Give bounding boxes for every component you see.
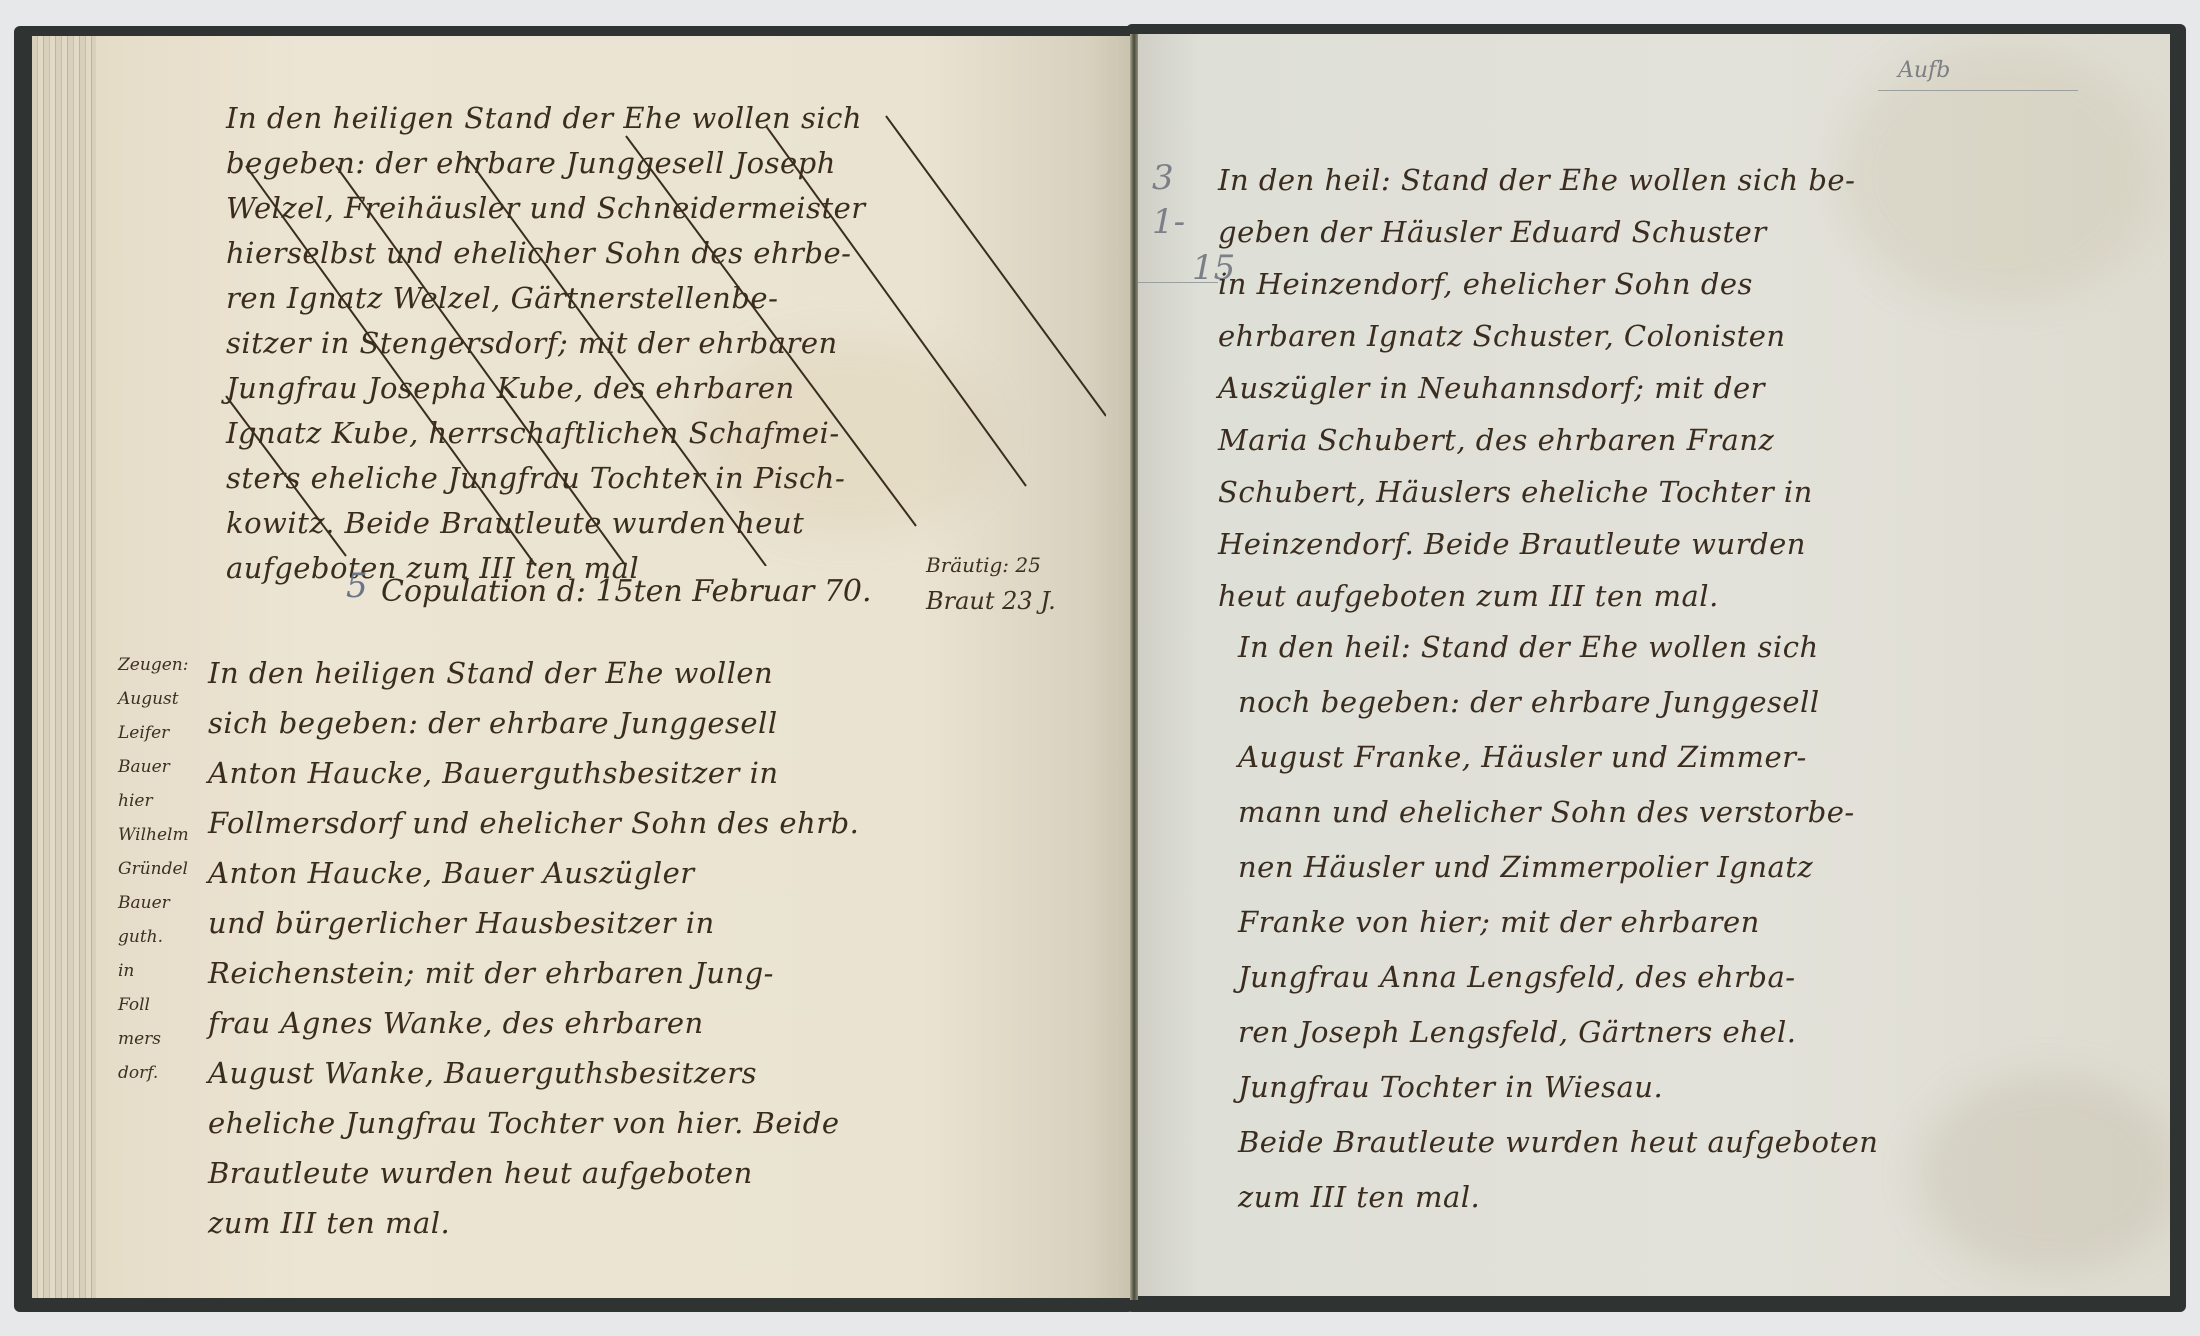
open-book: In den heiligen Stand der Ehe wollen sic…	[14, 24, 2174, 1314]
entry-line: und bürgerlicher Hausbesitzer in	[208, 898, 859, 948]
margin-note-line: hier	[118, 784, 189, 818]
entry-line: Jungfrau Josepha Kube, des ehrbaren	[226, 366, 866, 411]
entry-line: sters eheliche Jungfrau Tochter in Pisch…	[226, 456, 866, 501]
entry-line: geben der Häusler Eduard Schuster	[1218, 206, 1855, 258]
bride-age-note: Braut 23 J.	[926, 584, 1056, 618]
entry-line: Follmersdorf und ehelicher Sohn des ehrb…	[208, 798, 859, 848]
entry-line: In den heiligen Stand der Ehe wollen sic…	[226, 96, 866, 141]
margin-note-line: guth.	[118, 920, 189, 954]
entry-line: sich begeben: der ehrbare Junggesell	[208, 698, 859, 748]
margin-note-line: dorf.	[118, 1056, 189, 1090]
margin-note-line: August	[118, 682, 189, 716]
marginal-number: 3	[1152, 158, 1174, 198]
entry-line: ren Joseph Lengsfeld, Gärtners ehel.	[1238, 1005, 1878, 1060]
entry-line: zum III ten mal.	[208, 1198, 859, 1248]
margin-note-line: Bauer	[118, 750, 189, 784]
right-page: Aufb 3 1- 15 In den heil: Stand der Ehe …	[1138, 34, 2170, 1296]
entry-line: Franke von hier; mit der ehrbaren	[1238, 895, 1878, 950]
witness-margin-notes: Zeugen: August Leifer Bauer hier Wilhelm…	[118, 648, 189, 1090]
entry-line: Reichenstein; mit der ehrbaren Jung-	[208, 948, 859, 998]
margin-note-line: in	[118, 954, 189, 988]
entry-line: frau Agnes Wanke, des ehrbaren	[208, 998, 859, 1048]
entry-line: Anton Haucke, Bauer Auszügler	[208, 848, 859, 898]
pencil-annotation: Aufb	[1898, 58, 1950, 83]
entry-welzel-kube: In den heiligen Stand der Ehe wollen sic…	[226, 96, 866, 591]
entry-haucke-wanke: In den heiligen Stand der Ehe wollen sic…	[208, 648, 859, 1248]
entry-line: In den heil: Stand der Ehe wollen sich	[1238, 620, 1878, 675]
entry-line: noch begeben: der ehrbare Junggesell	[1238, 675, 1878, 730]
entry-line: In den heil: Stand der Ehe wollen sich b…	[1218, 154, 1855, 206]
entry-line: August Franke, Häusler und Zimmer-	[1238, 730, 1878, 785]
entry-line: sitzer in Stengersdorf; mit der ehrbaren	[226, 321, 866, 366]
left-page: In den heiligen Stand der Ehe wollen sic…	[96, 36, 1130, 1298]
entry-line: Welzel, Freihäusler und Schneidermeister	[226, 186, 866, 231]
entry-line: Schubert, Häuslers eheliche Tochter in	[1218, 466, 1855, 518]
copulation-number: 5	[346, 566, 368, 606]
entry-line: in Heinzendorf, ehelicher Sohn des	[1218, 258, 1855, 310]
entry-line: In den heiligen Stand der Ehe wollen	[208, 648, 859, 698]
paper-stain	[1918, 1074, 2170, 1274]
margin-note-line: Foll	[118, 988, 189, 1022]
entry-line: Ignatz Kube, herrschaftlichen Schafmei-	[226, 411, 866, 456]
paper-stain	[1838, 44, 2158, 304]
entry-line: begeben: der ehrbare Junggesell Joseph	[226, 141, 866, 186]
pencil-divider	[1138, 282, 1218, 283]
entry-line: Maria Schubert, des ehrbaren Franz	[1218, 414, 1855, 466]
entry-line: Anton Haucke, Bauerguthsbesitzer in	[208, 748, 859, 798]
margin-note-line: mers	[118, 1022, 189, 1056]
margin-note-line: Leifer	[118, 716, 189, 750]
copulation-note: Copulation d: 15ten Februar 70.	[381, 574, 872, 609]
entry-line: eheliche Jungfrau Tochter von hier. Beid…	[208, 1098, 859, 1148]
entry-line: hierselbst und ehelicher Sohn des ehrbe-	[226, 231, 866, 276]
marginal-number: 1-	[1152, 202, 1185, 242]
entry-line: nen Häusler und Zimmerpolier Ignatz	[1238, 840, 1878, 895]
entry-line: kowitz. Beide Brautleute wurden heut	[226, 501, 866, 546]
entry-line: Brautleute wurden heut aufgeboten	[208, 1148, 859, 1198]
entry-line: ren Ignatz Welzel, Gärtnerstellenbe-	[226, 276, 866, 321]
book-gutter	[1130, 34, 1138, 1300]
entry-line: Auszügler in Neuhannsdorf; mit der	[1218, 362, 1855, 414]
entry-schuster-schubert: In den heil: Stand der Ehe wollen sich b…	[1218, 154, 1855, 622]
entry-line: ehrbaren Ignatz Schuster, Colonisten	[1218, 310, 1855, 362]
margin-note-line: Wilhelm	[118, 818, 189, 852]
entry-line: zum III ten mal.	[1238, 1170, 1878, 1225]
pencil-underline	[1878, 90, 2078, 91]
entry-line: Beide Brautleute wurden heut aufgeboten	[1238, 1115, 1878, 1170]
margin-note-line: Zeugen:	[118, 648, 189, 682]
entry-line: August Wanke, Bauerguthsbesitzers	[208, 1048, 859, 1098]
margin-note-line: Gründel	[118, 852, 189, 886]
entry-line: Jungfrau Tochter in Wiesau.	[1238, 1060, 1878, 1115]
groom-age-note: Bräutig: 25	[926, 548, 1041, 582]
entry-franke-lengsfeld: In den heil: Stand der Ehe wollen sich n…	[1238, 620, 1878, 1225]
entry-line: mann und ehelicher Sohn des verstorbe-	[1238, 785, 1878, 840]
entry-line: Heinzendorf. Beide Brautleute wurden	[1218, 518, 1855, 570]
entry-line: Jungfrau Anna Lengsfeld, des ehrba-	[1238, 950, 1878, 1005]
margin-note-line: Bauer	[118, 886, 189, 920]
entry-line: heut aufgeboten zum III ten mal.	[1218, 570, 1855, 622]
